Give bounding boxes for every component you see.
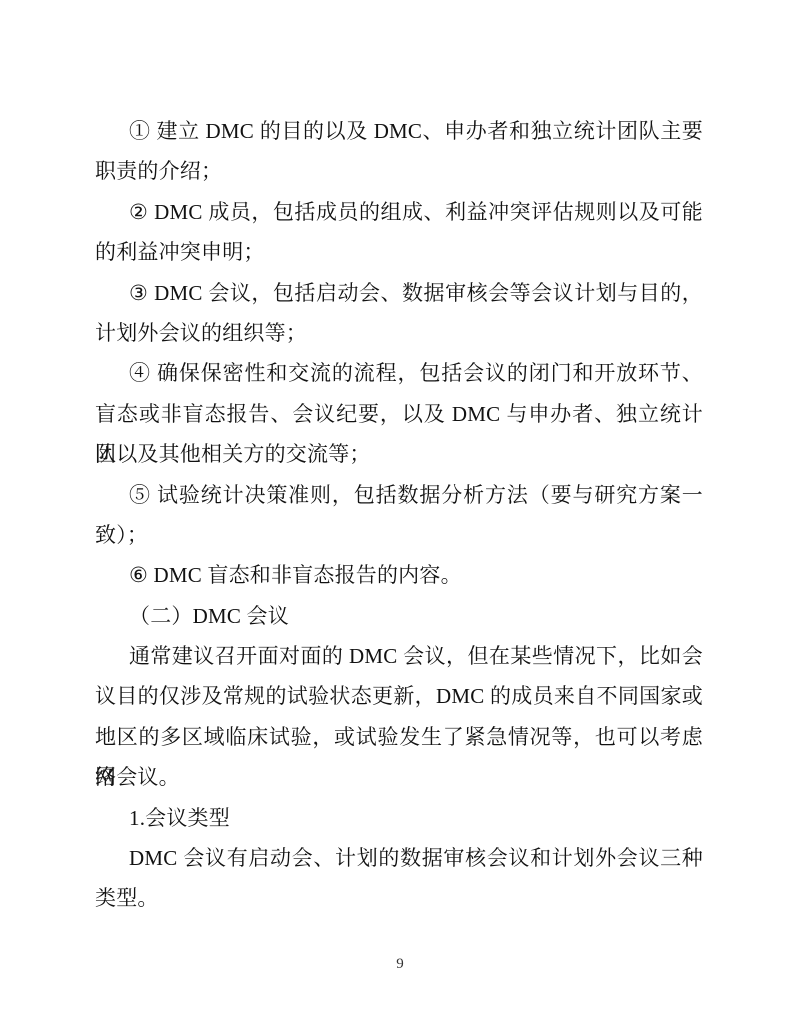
body-text-line: 议目的仅涉及常规的试验状态更新，DMC 的成员来自不同国家或 xyxy=(95,676,703,716)
body-text-line: ⑤ 试验统计决策准则，包括数据分析方法（要与研究方案一 xyxy=(95,475,703,515)
body-text-line: ③ DMC 会议，包括启动会、数据审核会等会议计划与目的， xyxy=(95,273,703,313)
body-text-line: ② DMC 成员，包括成员的组成、利益冲突评估规则以及可能 xyxy=(95,192,703,232)
section-heading-dmc-meetings: （二）DMC 会议 xyxy=(95,596,703,636)
body-text-line: 计划外会议的组织等； xyxy=(95,313,703,353)
body-text-line: 职责的介绍； xyxy=(95,151,703,191)
body-text-line: 的利益冲突申明； xyxy=(95,232,703,272)
subsection-heading-meeting-types: 1.会议类型 xyxy=(95,798,703,838)
body-text-line: 队以及其他相关方的交流等； xyxy=(95,434,703,474)
body-text-line: ④ 确保保密性和交流的流程，包括会议的闭门和开放环节、 xyxy=(95,353,703,393)
body-text-line: ⑥ DMC 盲态和非盲态报告的内容。 xyxy=(95,555,703,595)
body-text-line: 盲态或非盲态报告、会议纪要，以及 DMC 与申办者、独立统计团 xyxy=(95,394,703,434)
body-text-line: ① 建立 DMC 的目的以及 DMC、申办者和独立统计团队主要 xyxy=(95,111,703,151)
body-text-line: 通常建议召开面对面的 DMC 会议，但在某些情况下，比如会 xyxy=(95,636,703,676)
body-text-line: 类型。 xyxy=(95,878,703,918)
body-text-line: 络会议。 xyxy=(95,757,703,797)
document-page: ① 建立 DMC 的目的以及 DMC、申办者和独立统计团队主要 职责的介绍； ②… xyxy=(0,0,800,1035)
document-body: ① 建立 DMC 的目的以及 DMC、申办者和独立统计团队主要 职责的介绍； ②… xyxy=(95,111,703,919)
body-text-line: 致）； xyxy=(95,515,703,555)
body-text-line: 地区的多区域临床试验，或试验发生了紧急情况等，也可以考虑网 xyxy=(95,717,703,757)
body-text-line: DMC 会议有启动会、计划的数据审核会议和计划外会议三种 xyxy=(95,838,703,878)
page-number: 9 xyxy=(0,956,800,973)
